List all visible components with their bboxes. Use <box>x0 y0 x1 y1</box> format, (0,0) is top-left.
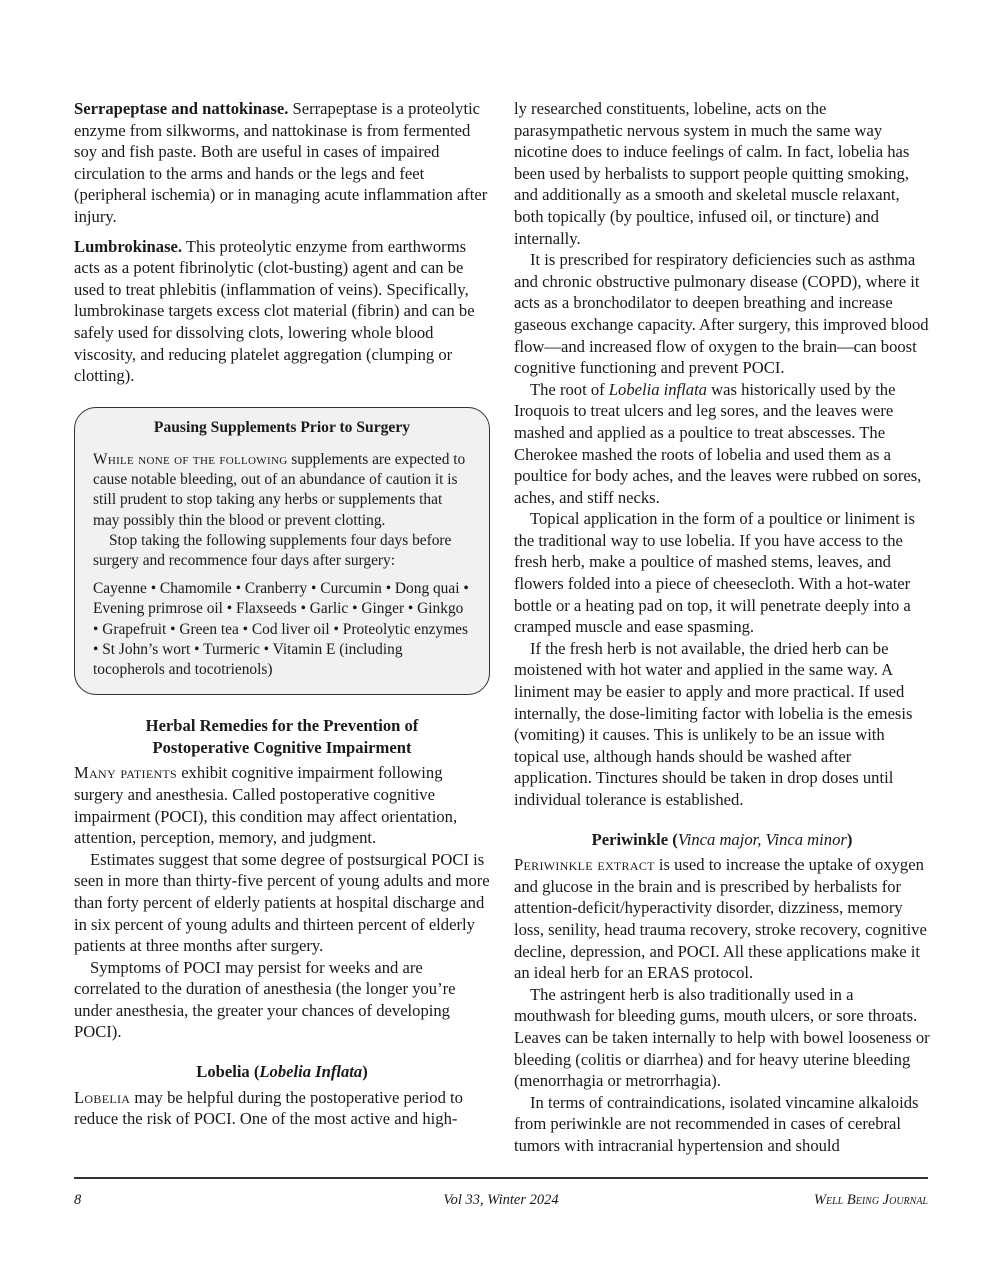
herbal-paragraph-3: Symptoms of POCI may persist for weeks a… <box>74 957 490 1043</box>
lobelia-heading-latin: Lobelia Inflata <box>259 1062 362 1081</box>
left-column: Serrapeptase and nattokinase. Serrapepta… <box>74 98 490 1130</box>
lumbrokinase-paragraph: Lumbrokinase. This proteolytic enzyme fr… <box>74 236 490 387</box>
issue-label: Vol 33, Winter 2024 <box>74 1192 928 1209</box>
periwinkle-paragraph-3: In terms of contraindications, isolated … <box>514 1092 930 1157</box>
periwinkle-lead-smallcaps: Periwinkle extract <box>514 855 655 874</box>
lobelia-p1-text: may be helpful during the postoperative … <box>74 1088 463 1129</box>
sidebar-paragraph-1: While none of the following supplements … <box>93 450 471 531</box>
herbal-paragraph-2: Estimates suggest that some degree of po… <box>74 849 490 957</box>
lumbrokinase-runin-heading: Lumbrokinase. <box>74 237 182 256</box>
section-heading-periwinkle: Periwinkle (Vinca major, Vinca minor) <box>514 829 930 851</box>
serrapeptase-text: Serrapeptase is a proteolytic enzyme fro… <box>74 99 487 226</box>
lobelia-paragraph-2: It is prescribed for respiratory deficie… <box>514 249 930 379</box>
lobelia-p3-latin: Lobelia inflata <box>609 380 707 399</box>
sidebar-paragraph-2: Stop taking the following supplements fo… <box>93 531 471 571</box>
periwinkle-heading-text: Periwinkle ( <box>592 830 678 849</box>
herbal-paragraph-1: Many patients exhibit cognitive impairme… <box>74 762 490 848</box>
lumbrokinase-text: This proteolytic enzyme from earthworms … <box>74 237 475 386</box>
lobelia-paragraph-5: If the fresh herb is not available, the … <box>514 638 930 811</box>
periwinkle-p1-text: is used to increase the uptake of oxygen… <box>514 855 927 982</box>
journal-name: Well Being Journal <box>814 1192 928 1209</box>
lobelia-paragraph-1-continued: ly researched constituents, lobeline, ac… <box>514 98 930 249</box>
footer-divider <box>74 1177 928 1179</box>
lobelia-p3-text-a: The root of <box>530 380 609 399</box>
heading-line-1: Herbal Remedies for the Prevention of <box>146 716 419 735</box>
periwinkle-heading-latin: Vinca major, Vinca minor <box>678 830 847 849</box>
section-heading-lobelia: Lobelia (Lobelia Inflata) <box>74 1061 490 1083</box>
right-column: ly researched constituents, lobeline, ac… <box>514 98 930 1157</box>
lobelia-paragraph-4: Topical application in the form of a pou… <box>514 508 930 638</box>
periwinkle-heading-end: ) <box>847 830 853 849</box>
page-footer: 8 Vol 33, Winter 2024 Well Being Journal <box>74 1192 928 1212</box>
serrapeptase-paragraph: Serrapeptase and nattokinase. Serrapepta… <box>74 98 490 228</box>
lobelia-paragraph-3: The root of Lobelia inflata was historic… <box>514 379 930 509</box>
sidebar-title: Pausing Supplements Prior to Surgery <box>93 418 471 438</box>
sidebar-box-pausing-supplements: Pausing Supplements Prior to Surgery Whi… <box>74 407 490 695</box>
lobelia-heading-text: Lobelia ( <box>196 1062 259 1081</box>
lobelia-paragraph-1: Lobelia may be helpful during the postop… <box>74 1087 490 1130</box>
herbal-lead-smallcaps: Many patients <box>74 763 177 782</box>
lobelia-lead-smallcaps: Lobelia <box>74 1088 130 1107</box>
sidebar-lead-smallcaps: While none of the following <box>93 451 287 468</box>
serrapeptase-runin-heading: Serrapeptase and nattokinase. <box>74 99 288 118</box>
periwinkle-paragraph-2: The astringent herb is also traditionall… <box>514 984 930 1092</box>
heading-line-2: Postoperative Cognitive Impairment <box>152 738 411 757</box>
sidebar-supplement-list: Cayenne • Chamomile • Cranberry • Curcum… <box>93 579 471 680</box>
section-heading-herbal-remedies: Herbal Remedies for the Prevention of Po… <box>74 715 490 758</box>
periwinkle-paragraph-1: Periwinkle extract is used to increase t… <box>514 854 930 984</box>
lobelia-heading-end: ) <box>362 1062 368 1081</box>
